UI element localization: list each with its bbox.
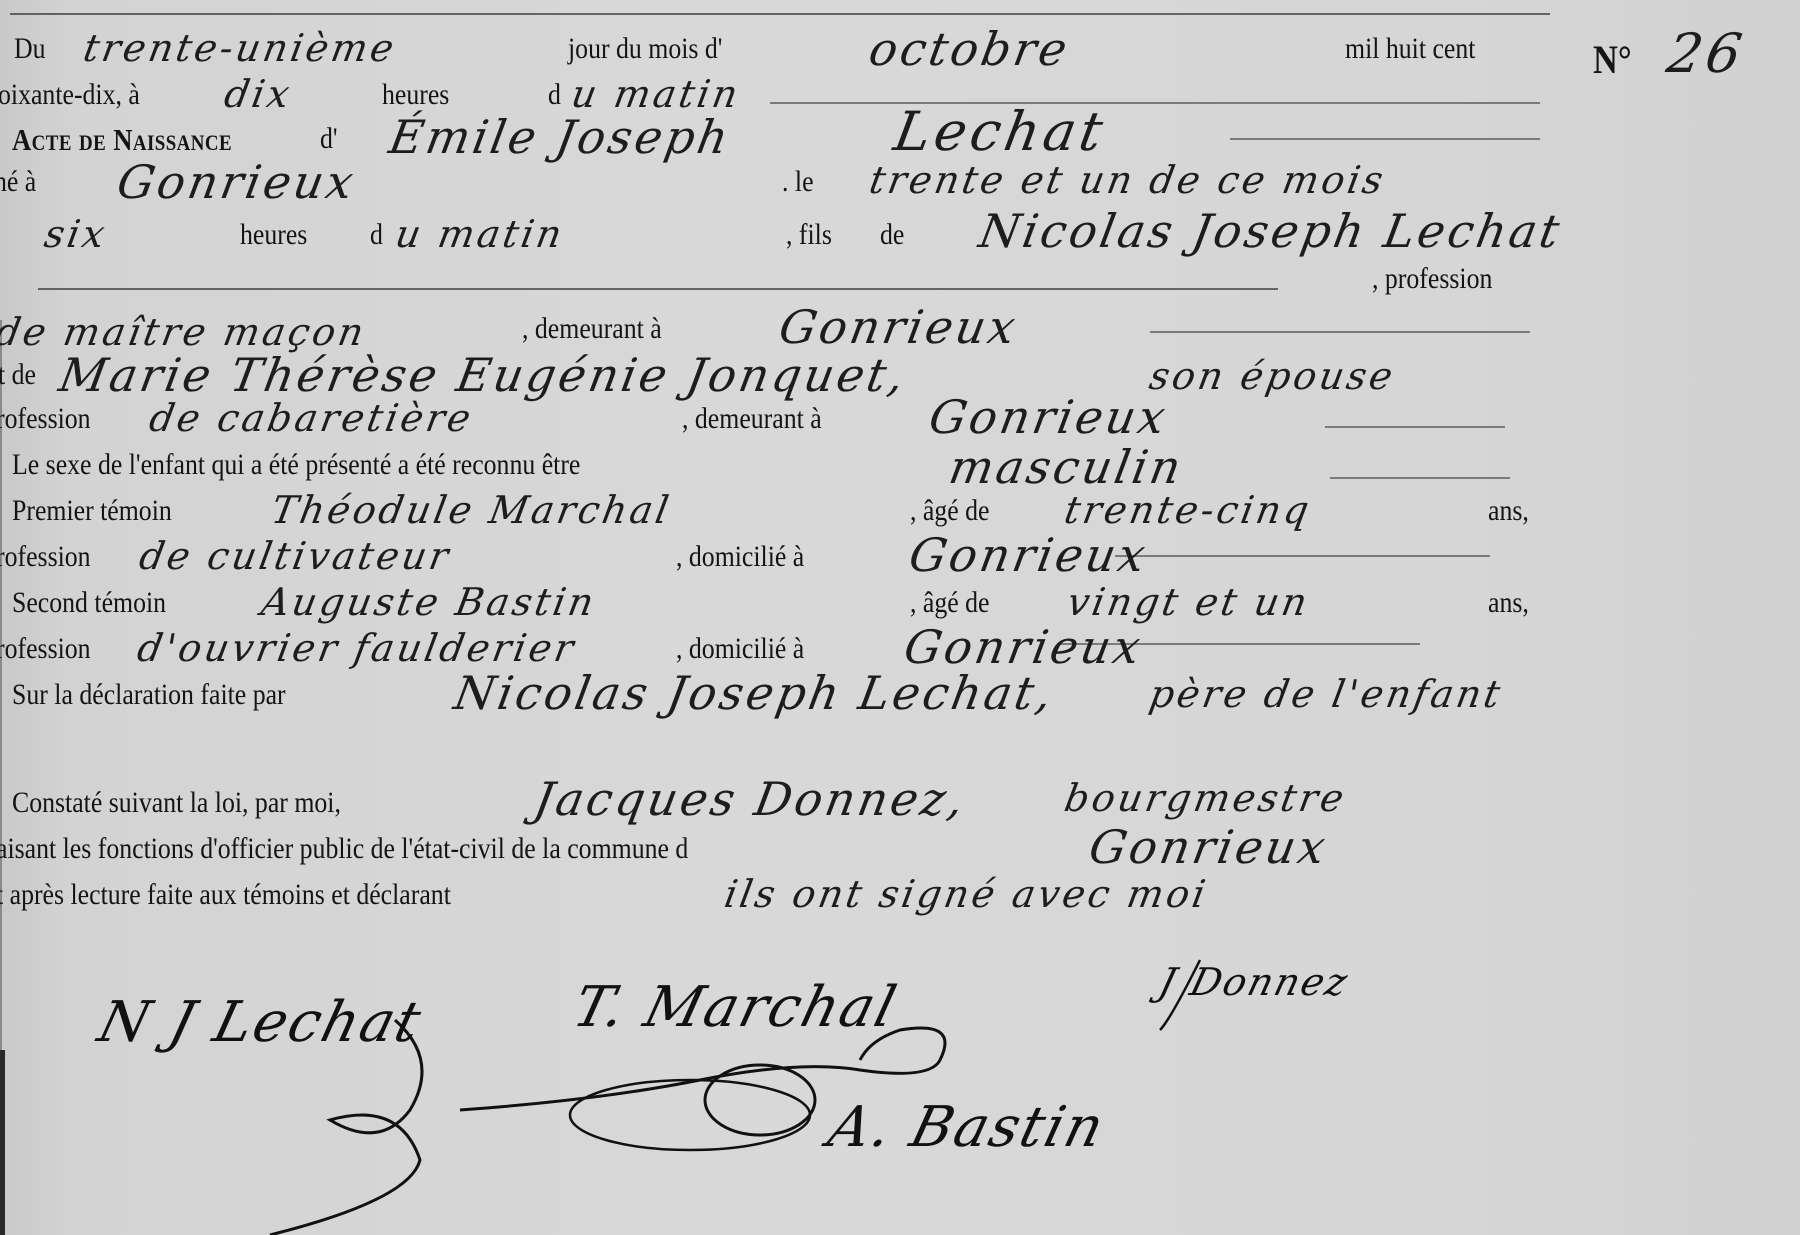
label-fils: , fils (786, 218, 832, 252)
handwritten-time-of-day-2: u matin (392, 212, 568, 256)
label-age-witness1: , âgé de (910, 494, 990, 528)
handwritten-witness2-name: Auguste Bastin (258, 580, 600, 624)
label-declaration: Sur la déclaration faite par (12, 678, 286, 712)
signature-witness2: A. Bastin (822, 1095, 1112, 1160)
handwritten-birth-hour: six (41, 212, 111, 256)
label-d: d (548, 78, 561, 112)
handwritten-witness1-name: Théodule Marchal (268, 488, 675, 532)
label-second-temoin: Second témoin (12, 586, 166, 620)
label-profession-witness2: rofession (0, 632, 91, 666)
handwritten-mother-relation: son épouse (1146, 354, 1399, 398)
birth-certificate-page: Du trente-unième jour du mois d' octobre… (0, 0, 1800, 1235)
label-ne-a: né à (0, 165, 36, 199)
label-profession-father: , profession (1372, 262, 1492, 296)
label-jour-du-mois: jour du mois d' (568, 32, 722, 66)
handwritten-declarant-relation: père de l'enfant (1146, 672, 1506, 716)
rule-line10 (1330, 477, 1510, 479)
label-faisant-fonctions: aisant les fonctions d'officier public d… (0, 832, 688, 866)
handwritten-month: octobre (865, 22, 1074, 76)
signature-officer: J Donnez (1155, 960, 1354, 1004)
signature-witness1: T. Marchal (567, 975, 904, 1040)
handwritten-sex: masculin (945, 440, 1188, 494)
signature-father: N J Lechat (92, 990, 429, 1055)
handwritten-signed-statement: ils ont signé avec moi (721, 872, 1211, 916)
handwritten-hour: dix (221, 72, 296, 116)
label-acte-de-naissance: Acte de Naissance (12, 122, 232, 158)
rule-line3 (1230, 138, 1540, 140)
page-edge-shadow (0, 1050, 5, 1235)
handwritten-officer-title: bourgmestre (1061, 776, 1350, 820)
handwritten-birth-date: trente et un de ce mois (866, 158, 1389, 202)
handwritten-father-residence: Gonrieux (775, 300, 1022, 354)
handwritten-witness2-profession: d'ouvrier faulderier (134, 626, 580, 670)
label-ans-1: ans, (1488, 494, 1529, 528)
label-profession-mother: rofession (0, 402, 91, 436)
handwritten-child-name: Émile Joseph (385, 110, 735, 164)
label-de: de (880, 218, 904, 252)
handwritten-mother-name: Marie Thérèse Eugénie Jonquet, (55, 348, 911, 402)
handwritten-father-name: Nicolas Joseph Lechat (975, 204, 1566, 258)
rule-top (10, 13, 1550, 15)
label-domicilie-witness1: , domicilié à (676, 540, 804, 574)
rule-line9 (1325, 426, 1505, 428)
label-demeurant-father: , demeurant à (522, 312, 662, 346)
rule-line6 (38, 288, 1278, 290)
handwritten-record-number: 26 (1662, 22, 1750, 85)
label-profession-witness1: rofession (0, 540, 91, 574)
label-numero: N° (1593, 36, 1632, 83)
label-age-witness2: , âgé de (910, 586, 990, 620)
handwritten-birthplace: Gonrieux (113, 155, 360, 209)
label-mil-huit-cent: mil huit cent (1345, 32, 1475, 66)
label-demeurant-mother: , demeurant à (682, 402, 822, 436)
label-soixante-dix: oixante-dix, à (0, 78, 140, 112)
label-d-2: d (370, 218, 383, 252)
label-ans-2: ans, (1488, 586, 1529, 620)
label-domicilie-witness2: , domicilié à (676, 632, 804, 666)
label-sexe: Le sexe de l'enfant qui a été présenté a… (12, 448, 580, 482)
handwritten-witness1-residence: Gonrieux (905, 528, 1152, 582)
label-premier-temoin: Premier témoin (12, 494, 172, 528)
handwritten-officer-name: Jacques Donnez, (530, 772, 971, 826)
label-et-de: t de (0, 358, 36, 392)
label-constate: Constaté suivant la loi, par moi, (12, 786, 341, 820)
label-heures-2: heures (240, 218, 307, 252)
handwritten-commune: Gonrieux (1085, 820, 1332, 874)
label-le: . le (782, 165, 814, 199)
rule-line7 (1150, 331, 1530, 333)
handwritten-witness2-age: vingt et un (1064, 580, 1313, 624)
rule-line12 (1115, 555, 1490, 557)
rule-line2 (770, 102, 1540, 104)
handwritten-child-surname: Lechat (889, 100, 1111, 163)
handwritten-day: trente-unième (80, 26, 400, 70)
label-apres-lecture: t après lecture faite aux témoins et déc… (0, 878, 451, 912)
handwritten-mother-residence: Gonrieux (925, 390, 1172, 444)
label-d-apostrophe: d' (320, 122, 338, 156)
handwritten-declarant: Nicolas Joseph Lechat, (450, 666, 1059, 720)
label-du: Du (14, 32, 46, 66)
handwritten-mother-profession: de cabaretière (146, 396, 477, 440)
label-heures: heures (382, 78, 449, 112)
handwritten-witness1-profession: de cultivateur (136, 534, 455, 578)
handwritten-witness1-age: trente-cinq (1061, 488, 1315, 532)
